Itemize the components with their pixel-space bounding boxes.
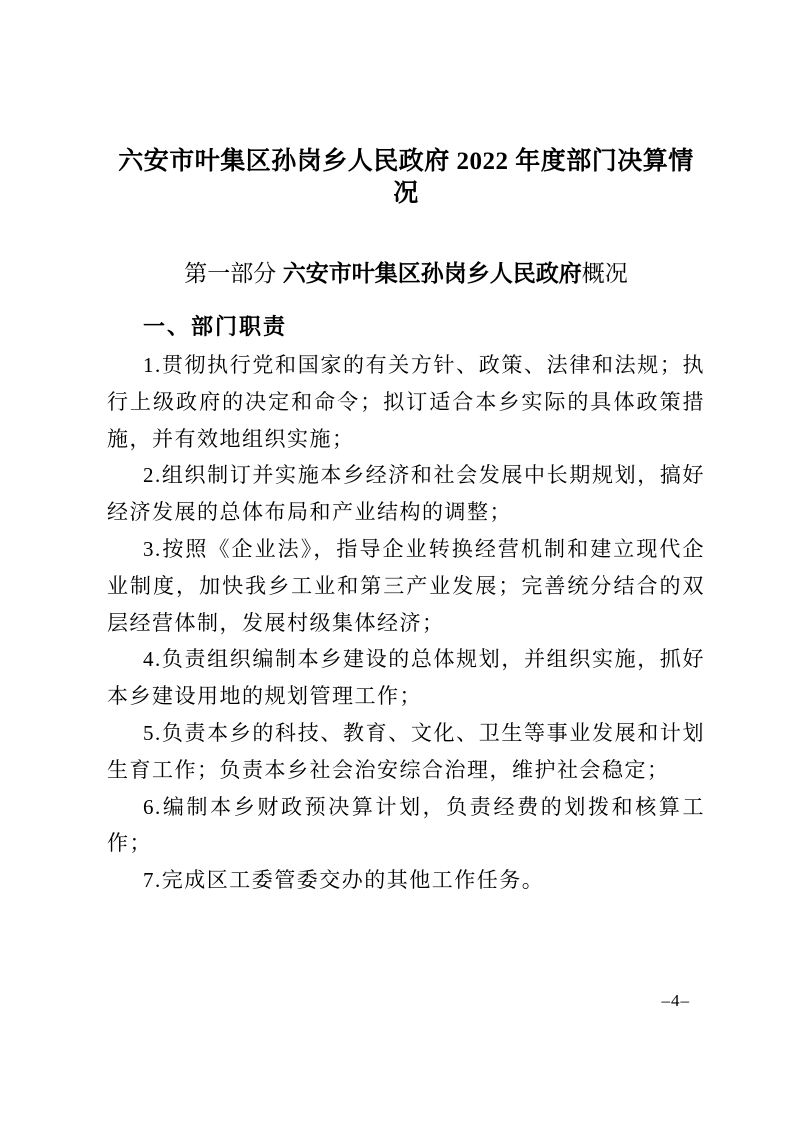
section-heading-emphasis: 六安市叶集区孙岗乡人民政府 <box>283 260 582 286</box>
section-heading: 第一部分 六安市叶集区孙岗乡人民政府概况 <box>107 257 705 289</box>
duty-paragraph-4: 4.负责组织编制本乡建设的总体规划，并组织实施，抓好本乡建设用地的规划管理工作； <box>107 641 705 715</box>
duty-paragraph-1: 1.贯彻执行党和国家的有关方针、政策、法律和法规；执行上级政府的决定和命令；拟订… <box>107 347 705 457</box>
duty-paragraph-2: 2.组织制订并实施本乡经济和社会发展中长期规划，搞好经济发展的总体布局和产业结构… <box>107 457 705 531</box>
document-content: 六安市叶集区孙岗乡人民政府 2022 年度部门决算情况 第一部分 六安市叶集区孙… <box>107 0 705 899</box>
page-number: –4– <box>0 991 690 1011</box>
section-heading-prefix: 第一部分 <box>184 260 282 286</box>
document-title: 六安市叶集区孙岗乡人民政府 2022 年度部门决算情况 <box>107 146 705 210</box>
duties-list: 1.贯彻执行党和国家的有关方针、政策、法律和法规；执行上级政府的决定和命令；拟订… <box>107 347 705 899</box>
duty-paragraph-7: 7.完成区工委管委交办的其他工作任务。 <box>107 862 705 899</box>
document-page: 六安市叶集区孙岗乡人民政府 2022 年度部门决算情况 第一部分 六安市叶集区孙… <box>0 0 793 1122</box>
duty-paragraph-6: 6.编制本乡财政预决算计划，负责经费的划拨和核算工作； <box>107 789 705 863</box>
section-heading-suffix: 概况 <box>582 260 628 286</box>
duties-heading: 一、部门职责 <box>107 312 705 342</box>
duty-paragraph-5: 5.负责本乡的科技、教育、文化、卫生等事业发展和计划生育工作；负责本乡社会治安综… <box>107 715 705 789</box>
duty-paragraph-3: 3.按照《企业法》，指导企业转换经营机制和建立现代企业制度，加快我乡工业和第三产… <box>107 531 705 641</box>
